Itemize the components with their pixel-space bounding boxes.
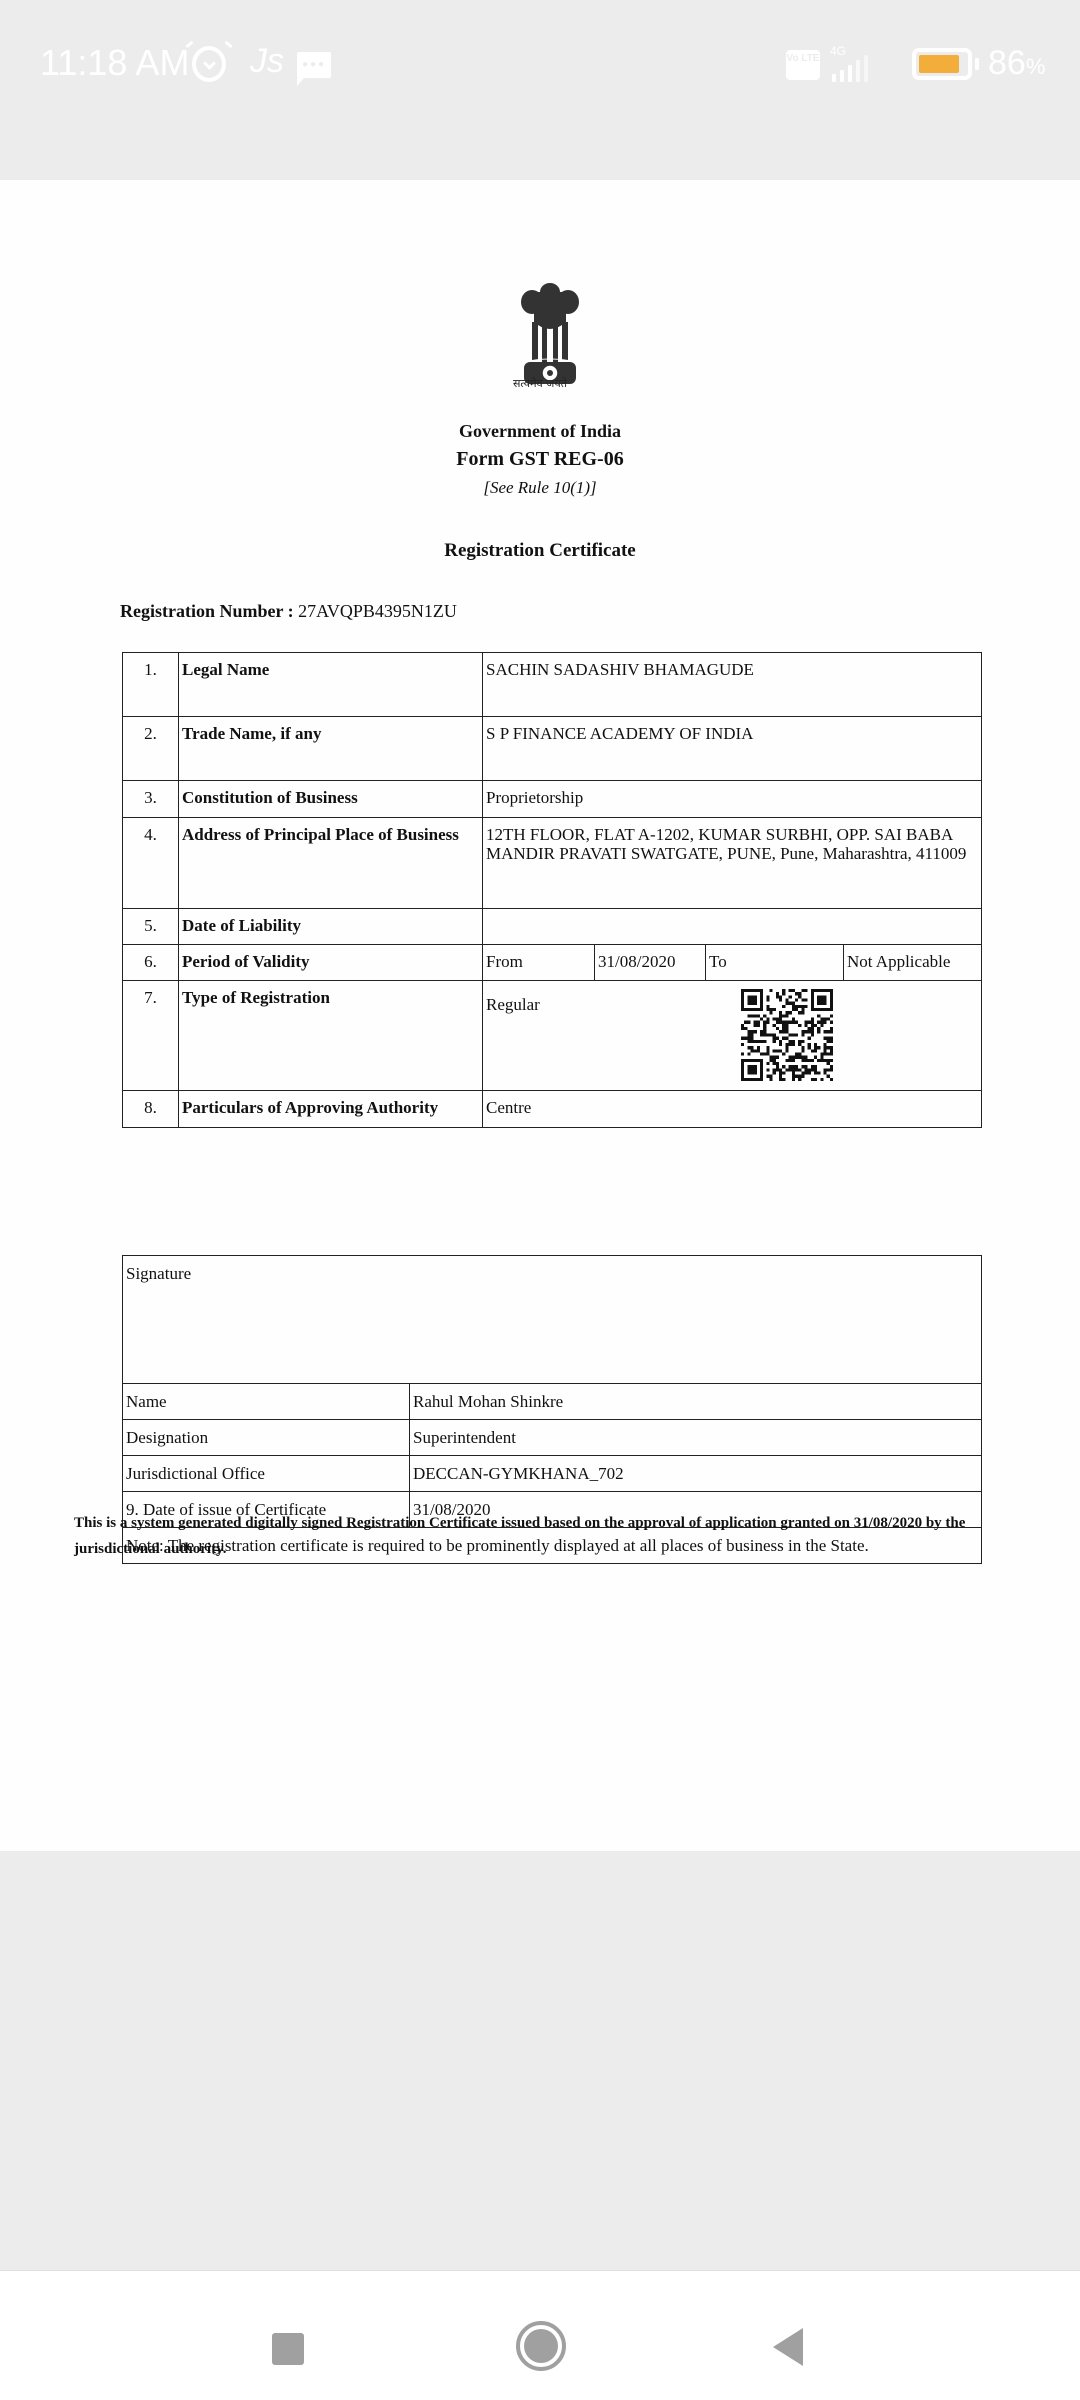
navigation-bar xyxy=(0,2270,1080,2400)
table-row: Jurisdictional Office DECCAN-GYMKHANA_70… xyxy=(123,1456,982,1492)
table-row: 6. Period of Validity From 31/08/2020 To… xyxy=(123,945,982,981)
table-row: 4. Address of Principal Place of Busines… xyxy=(123,818,982,909)
emblem-motto: सत्यमेव जयते xyxy=(0,376,1080,391)
officer-name-label: Name xyxy=(123,1384,410,1420)
row-number: 2. xyxy=(123,717,179,781)
table-row: Designation Superintendent xyxy=(123,1420,982,1456)
row-label: Legal Name xyxy=(179,653,483,717)
rule-reference: [See Rule 10(1)] xyxy=(0,478,1080,498)
table-row: 8. Particulars of Approving Authority Ce… xyxy=(123,1091,982,1128)
validity-to-value: Not Applicable xyxy=(844,945,982,981)
table-row: 5. Date of Liability xyxy=(123,909,982,945)
registration-number: Registration Number : 27AVQPB4395N1ZU xyxy=(120,601,457,622)
battery-level xyxy=(919,55,959,73)
row-label: Type of Registration xyxy=(179,981,483,1091)
js-app-icon: Js xyxy=(250,42,284,81)
registration-number-value: 27AVQPB4395N1ZU xyxy=(298,601,457,621)
home-icon[interactable] xyxy=(516,2321,566,2371)
date-of-liability-value xyxy=(483,909,982,945)
row-number: 8. xyxy=(123,1091,179,1128)
row-label: Address of Principal Place of Business xyxy=(179,818,483,909)
legal-name-value: SACHIN SADASHIV BHAMAGUDE xyxy=(483,653,982,717)
qr-code xyxy=(741,989,833,1081)
government-heading: Government of India xyxy=(0,421,1080,442)
designation-value: Superintendent xyxy=(410,1420,982,1456)
battery-icon xyxy=(912,48,972,80)
row-number: 5. xyxy=(123,909,179,945)
form-title: Form GST REG-06 xyxy=(0,448,1080,471)
address-value: 12TH FLOOR, FLAT A-1202, KUMAR SURBHI, O… xyxy=(483,818,982,909)
recents-icon[interactable] xyxy=(272,2333,304,2365)
signal-icon xyxy=(830,54,870,82)
validity-from-label: From xyxy=(483,945,595,981)
row-label: Trade Name, if any xyxy=(179,717,483,781)
battery-tip xyxy=(975,58,979,70)
volte-icon: Vo LTE xyxy=(786,50,820,80)
signature-row: Signature xyxy=(123,1256,982,1384)
officer-name-value: Rahul Mohan Shinkre xyxy=(410,1384,982,1420)
row-label: Particulars of Approving Authority xyxy=(179,1091,483,1128)
designation-label: Designation xyxy=(123,1420,410,1456)
validity-from-value: 31/08/2020 xyxy=(595,945,706,981)
validity-to-label: To xyxy=(706,945,844,981)
row-label: Period of Validity xyxy=(179,945,483,981)
row-number: 4. xyxy=(123,818,179,909)
back-icon[interactable] xyxy=(773,2328,803,2366)
registration-type-value: Regular xyxy=(483,981,982,1091)
battery-percent: 86% xyxy=(988,44,1045,83)
row-number: 1. xyxy=(123,653,179,717)
approving-authority-value: Centre xyxy=(483,1091,982,1128)
row-label: Constitution of Business xyxy=(179,781,483,818)
clock: 11:18 AM xyxy=(40,42,189,84)
row-number: 3. xyxy=(123,781,179,818)
certificate-page[interactable]: सत्यमेव जयते Government of India Form GS… xyxy=(0,180,1080,1851)
table-row: 2. Trade Name, if any S P FINANCE ACADEM… xyxy=(123,717,982,781)
registration-details-table: 1. Legal Name SACHIN SADASHIV BHAMAGUDE … xyxy=(122,652,982,1128)
status-bar: 11:18 AM Js ●●● Vo LTE 4G 86% xyxy=(0,0,1080,180)
table-row: 3. Constitution of Business Proprietorsh… xyxy=(123,781,982,818)
table-row: 1. Legal Name SACHIN SADASHIV BHAMAGUDE xyxy=(123,653,982,717)
trade-name-value: S P FINANCE ACADEMY OF INDIA xyxy=(483,717,982,781)
table-row: 7. Type of Registration Regular xyxy=(123,981,982,1091)
certificate-title: Registration Certificate xyxy=(0,540,1080,562)
message-icon: ●●● xyxy=(297,52,331,78)
constitution-value: Proprietorship xyxy=(483,781,982,818)
system-generated-note: This is a system generated digitally sig… xyxy=(74,1510,1034,1562)
row-number: 7. xyxy=(123,981,179,1091)
jurisdictional-office-value: DECCAN-GYMKHANA_702 xyxy=(410,1456,982,1492)
registration-number-label: Registration Number : xyxy=(120,601,294,621)
alarm-icon xyxy=(192,46,226,82)
row-label: Date of Liability xyxy=(179,909,483,945)
table-row: Name Rahul Mohan Shinkre xyxy=(123,1384,982,1420)
signature-label: Signature xyxy=(123,1256,982,1384)
jurisdictional-office-label: Jurisdictional Office xyxy=(123,1456,410,1492)
row-number: 6. xyxy=(123,945,179,981)
